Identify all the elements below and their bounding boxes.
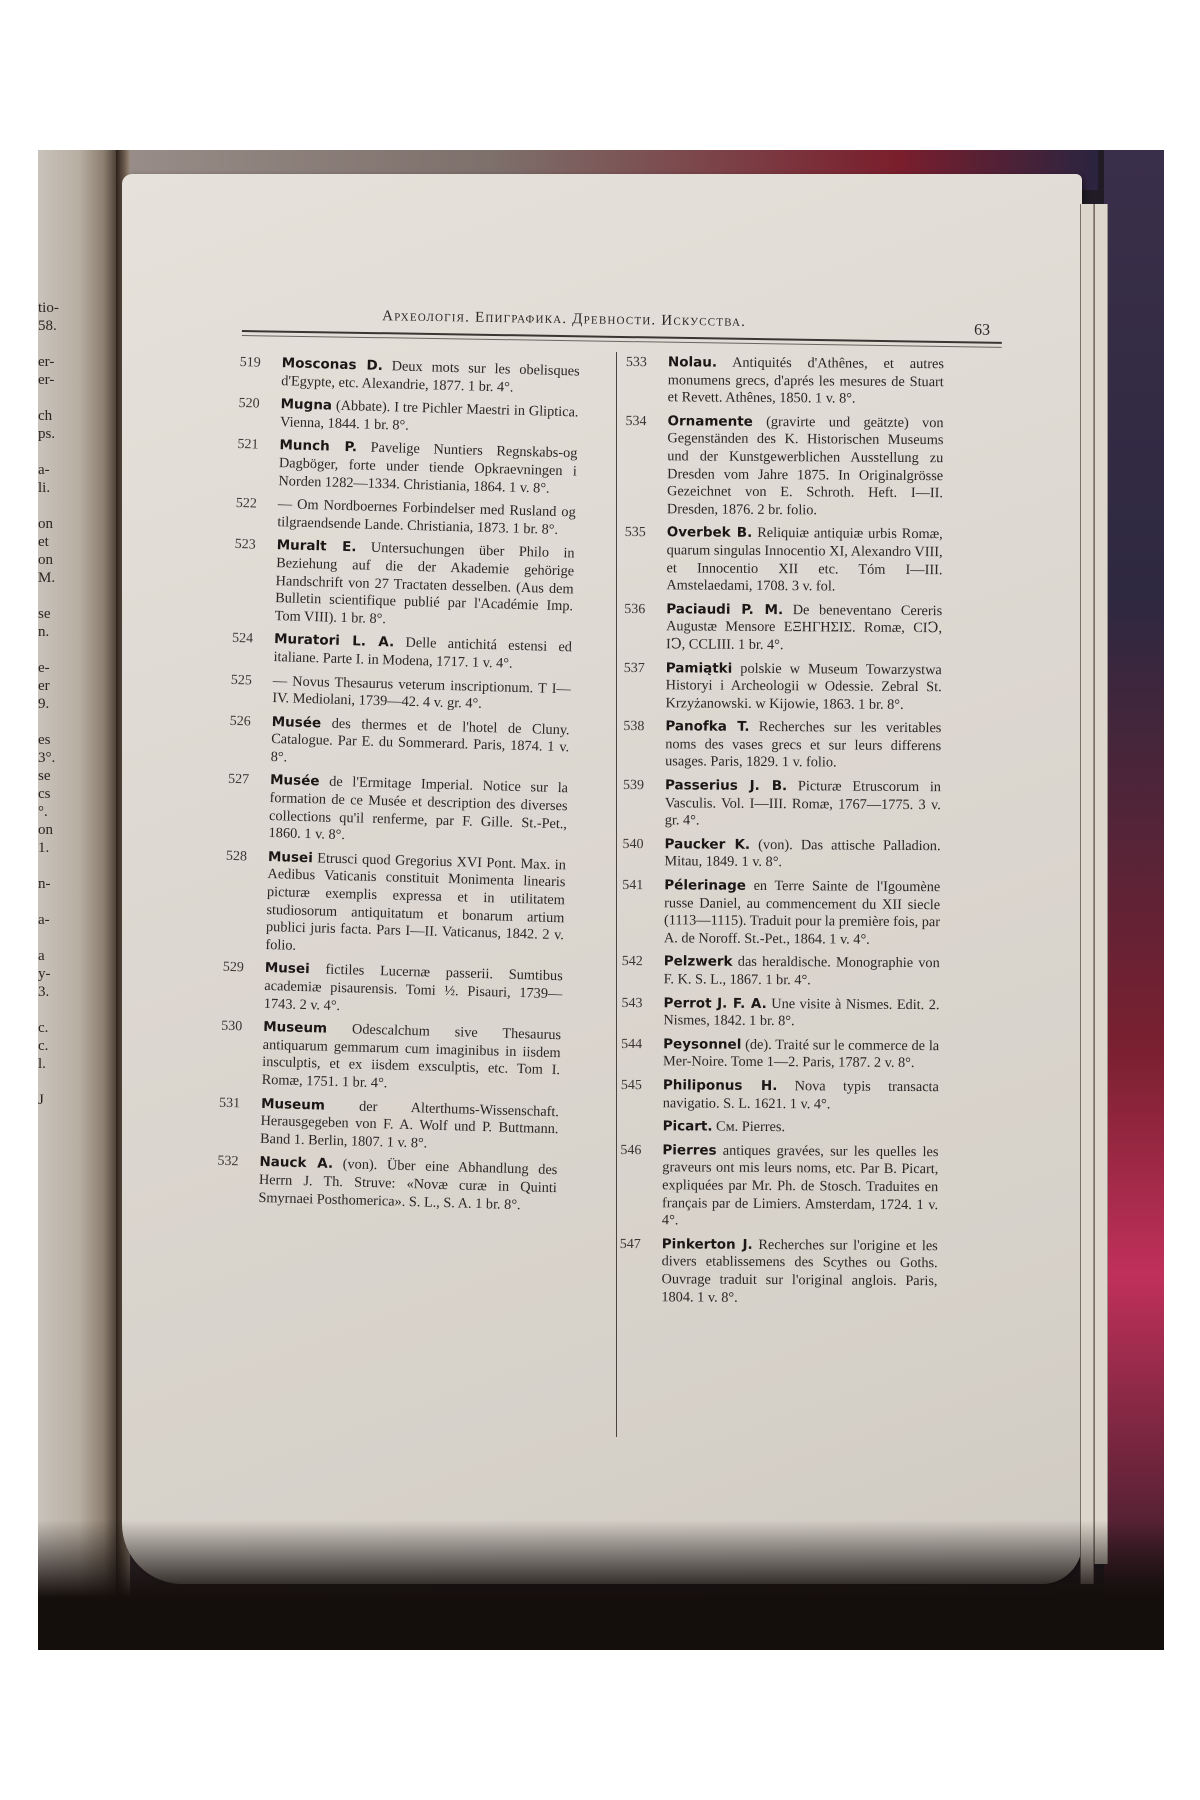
entry-number: 541	[622, 877, 643, 895]
entry-author: Mosconas D.	[282, 355, 384, 374]
entry-body: Ornamente (gravirte und geätzte) von Geg…	[667, 413, 944, 520]
entry-author: Peysonnel	[663, 1036, 741, 1053]
catalog-entry: 522— Om Nordboernes Forbindelser med Rus…	[235, 495, 576, 540]
catalog-entry: 528Musei Etrusci quod Gregorius XVI Pont…	[223, 848, 566, 963]
catalog-entry: 539Passerius J. B. Picturæ Etruscorum in…	[623, 777, 941, 832]
left-page-text-fragment: a	[38, 948, 45, 965]
left-page-text-fragment: c.	[38, 1038, 48, 1055]
left-page-edge: tio-58.er-er-chps.a-li.onetonM.sen.e-er9…	[38, 150, 120, 1650]
entry-body: — Novus Thesaurus veterum inscriptionum.…	[272, 673, 571, 716]
entry-number: 537	[624, 659, 645, 677]
entry-author: Nauck A.	[259, 1154, 333, 1172]
entry-body: Pinkerton J. Recherches sur l'origine et…	[661, 1236, 937, 1308]
entry-number: 538	[623, 718, 644, 736]
entry-number: 545	[621, 1077, 642, 1095]
catalog-entry: 547Pinkerton J. Recherches sur l'origine…	[619, 1236, 937, 1309]
catalog-entry: 529Musei fictiles Lucernæ passerii. Sumt…	[222, 959, 563, 1021]
entry-author: Panofka T.	[665, 719, 749, 736]
entry-body: Musei fictiles Lucernæ passerii. Sumtibu…	[264, 960, 563, 1021]
table-shadow	[38, 1520, 1164, 1650]
left-page-text-fragment: n.	[38, 624, 49, 641]
entry-number: 535	[625, 524, 646, 542]
catalog-entry: 532Nauck A. (von). Über eine Abhandlung …	[216, 1153, 557, 1215]
left-page-text-fragment: on	[38, 516, 53, 533]
entry-body: Muratori L. A. Delle antichitá estensi e…	[273, 631, 572, 674]
left-page-text-fragment: ch	[38, 408, 52, 425]
catalog-entry: 530Museum Odescalchum sive Thesaurus ant…	[219, 1018, 561, 1098]
entry-author: Pelzwerk	[664, 954, 733, 970]
left-page-text-fragment: 58.	[38, 318, 57, 335]
entry-author: Muratori L. A.	[274, 631, 395, 650]
entry-body: — Om Nordboernes Forbindelser med Ruslan…	[277, 496, 576, 539]
catalog-entry: 524Muratori L. A. Delle antichitá estens…	[231, 630, 572, 675]
entry-number: 522	[236, 495, 257, 513]
entry-body: Picart. См. Pierres.	[663, 1118, 939, 1138]
entry-author: Perrot J. F. A.	[663, 995, 766, 1012]
left-page-text-fragment: a-	[38, 462, 50, 479]
entry-number: 525	[231, 671, 252, 689]
right-page: Археологія. Епиграфика. Древности. Искус…	[122, 174, 1082, 1584]
running-header: Археологія. Епиграфика. Древности. Искус…	[242, 306, 1003, 358]
book-photo: tio-58.er-er-chps.a-li.onetonM.sen.e-er9…	[38, 150, 1164, 1650]
left-page-text-fragment: M.	[38, 570, 55, 587]
entry-number: 539	[623, 777, 644, 795]
entry-body: Museum der Alterthums-Wissenschaft. Hera…	[260, 1095, 559, 1156]
entry-number: 519	[240, 354, 261, 372]
left-page-text-fragment: y-	[38, 966, 51, 983]
catalog-entry: 544Peysonnel (de). Traité sur le commerc…	[621, 1036, 939, 1073]
entry-number: 528	[226, 848, 247, 866]
entry-description: — Om Nordboernes Forbindelser med Ruslan…	[277, 496, 576, 537]
left-page-text-fragment: er	[38, 678, 50, 695]
catalog-entry: 525— Novus Thesaurus veterum inscription…	[230, 671, 571, 716]
entry-body: Passerius J. B. Picturæ Etruscorum in Va…	[665, 777, 941, 832]
right-column: 533Nolau. Antiquités d'Athênes, et autre…	[619, 354, 944, 1314]
catalog-entry: 542Pelzwerk das heraldische. Monographie…	[622, 953, 940, 990]
left-page-text-fragment: es	[38, 732, 51, 749]
entry-author: Philiponus H.	[663, 1077, 778, 1094]
entry-author: Picart.	[663, 1118, 713, 1134]
catalog-entry: 535Overbek B. Reliquiæ antiquiæ urbis Ro…	[624, 524, 942, 597]
left-page-text-fragment: li.	[38, 480, 50, 497]
entry-author: Overbek B.	[667, 525, 753, 542]
header-rule	[242, 330, 1002, 348]
left-page-text-fragment: on	[38, 822, 53, 839]
catalog-entry: 538Panofka T. Recherches sur les veritab…	[623, 718, 941, 773]
catalog-entry: 527Musée de l'Ermitage Imperial. Notice …	[226, 771, 568, 851]
entry-body: Musée des thermes et de l'hotel de Cluny…	[270, 714, 569, 775]
entry-number: 530	[221, 1018, 242, 1036]
left-page-text-fragment: e-	[38, 660, 50, 677]
entry-number: 536	[624, 601, 645, 619]
left-page-text-fragment: tio-	[38, 300, 59, 317]
entry-author: Pélerinage	[664, 877, 746, 894]
header-title: Археологія. Епиграфика. Древности. Искус…	[382, 308, 746, 331]
entry-author: Musée	[270, 772, 320, 789]
left-page-text-fragment: 3.	[38, 984, 49, 1001]
left-page-text-fragment: on	[38, 552, 53, 569]
entry-author: Musée	[272, 714, 322, 731]
catalog-entry: 540Paucker K. (von). Das attische Pallad…	[622, 836, 940, 873]
catalog-entry: 519Mosconas D. Deux mots sur les obelisq…	[239, 354, 580, 399]
left-page-text-fragment: a-	[38, 912, 50, 929]
entry-number: 532	[217, 1153, 238, 1171]
left-page-text-fragment: er-	[38, 354, 54, 371]
entry-number: 520	[238, 395, 259, 413]
entry-author: Ornamente	[667, 413, 752, 430]
catalog-entry: 520Mugna (Abbate). I tre Pichler Maestri…	[238, 395, 579, 440]
entry-body: Paciaudi P. M. De beneventano Cereris Au…	[666, 601, 942, 656]
entry-author: Musei	[268, 849, 313, 866]
page-number: 63	[974, 321, 990, 339]
catalog-entry: 534Ornamente (gravirte und geätzte) von …	[625, 413, 944, 521]
entry-number: 527	[228, 771, 249, 789]
left-page-text-fragment: cs	[38, 786, 51, 803]
entry-author: Muralt E.	[276, 537, 356, 555]
entry-body: Perrot J. F. A. Une visite à Nismes. Edi…	[663, 995, 939, 1032]
entry-number: 540	[623, 836, 644, 854]
left-page-text-fragment: n-	[38, 876, 51, 893]
entry-number: 547	[620, 1236, 641, 1254]
entry-author: Paciaudi P. M.	[666, 601, 783, 618]
entry-body: Pelzwerk das heraldische. Monographie vo…	[664, 954, 940, 991]
entry-body: Muralt E. Untersuchungen über Philo in B…	[274, 537, 574, 633]
entry-author: Museum	[263, 1019, 327, 1037]
entry-number: 531	[219, 1094, 240, 1112]
entry-number: 526	[229, 713, 250, 731]
entry-body: Pélerinage en Terre Sainte de l'Igoumène…	[664, 877, 940, 949]
entry-body: Pamiątki polskie w Museum Towarzystwa Hi…	[665, 660, 941, 715]
catalog-entry: 536Paciaudi P. M. De beneventano Cereris…	[624, 601, 942, 656]
left-page-text-fragment: 9.	[38, 696, 49, 713]
left-page-text-fragment: se	[38, 606, 51, 623]
background-cloth-right	[1104, 150, 1164, 1650]
left-page-text-fragment: 1.	[38, 840, 49, 857]
left-page-text-fragment: se	[38, 768, 51, 785]
entry-author: Munch P.	[279, 438, 357, 456]
catalog-entry: 533Nolau. Antiquités d'Athênes, et autre…	[626, 354, 944, 409]
entry-body: Philiponus H. Nova typis transacta navig…	[663, 1077, 939, 1114]
entry-body: Overbek B. Reliquiæ antiquiæ urbis Romæ,…	[666, 525, 942, 597]
left-page-text-fragment: et	[38, 534, 49, 551]
entry-number: 534	[625, 413, 646, 431]
entry-author: Musei	[265, 960, 310, 977]
entry-author: Pierres	[662, 1142, 716, 1158]
entry-body: Mosconas D. Deux mots sur les obelisques…	[281, 355, 580, 398]
entry-author: Pinkerton J.	[662, 1236, 753, 1253]
catalog-entry: 545Philiponus H. Nova typis transacta na…	[621, 1077, 939, 1114]
entry-author: Mugna	[280, 396, 332, 413]
entry-body: Mugna (Abbate). I tre Pichler Maestri in…	[280, 396, 579, 439]
left-page-text-fragment: 3°.	[38, 750, 55, 767]
entry-number: 521	[237, 436, 258, 454]
entry-body: Musée de l'Ermitage Imperial. Notice sur…	[268, 772, 568, 851]
entry-number: 544	[621, 1036, 642, 1054]
entry-body: Nauck A. (von). Über eine Abhandlung des…	[258, 1154, 557, 1215]
left-page-text-fragment: °.	[38, 804, 48, 821]
entry-body: Peysonnel (de). Traité sur le commerce d…	[663, 1036, 939, 1073]
entry-number: 546	[620, 1142, 641, 1160]
catalog-entry: Picart. См. Pierres.	[621, 1118, 939, 1138]
catalog-entry: 523Muralt E. Untersuchungen über Philo i…	[232, 536, 574, 633]
entry-body: Museum Odescalchum sive Thesaurus antiqu…	[261, 1019, 561, 1098]
entry-number: 523	[234, 536, 255, 554]
catalog-entry: 526Musée des thermes et de l'hotel de Cl…	[229, 713, 570, 775]
entry-author: Museum	[261, 1095, 325, 1113]
page-edge	[1080, 204, 1094, 1584]
entry-author: Nolau.	[668, 354, 717, 370]
left-page-text-fragment: er-	[38, 372, 54, 389]
catalog-entry: 543Perrot J. F. A. Une visite à Nismes. …	[621, 995, 939, 1032]
entry-body: Pierres antiques gravées, sur les quelle…	[662, 1142, 939, 1232]
catalog-entry: 531Museum der Alterthums-Wissenschaft. H…	[218, 1094, 559, 1156]
entry-description: — Novus Thesaurus veterum inscriptionum.…	[272, 673, 571, 712]
left-page-text-fragment: c.	[38, 1020, 48, 1037]
entry-number: 529	[223, 959, 244, 977]
catalog-entry: 541Pélerinage en Terre Sainte de l'Igoum…	[622, 877, 940, 950]
entry-body: Panofka T. Recherches sur les veritables…	[665, 719, 941, 774]
entry-number: 543	[621, 995, 642, 1013]
entry-author: Passerius J. B.	[665, 777, 787, 794]
left-page-text-fragment: l.	[38, 1056, 46, 1073]
entry-number: 524	[232, 630, 253, 648]
entry-body: Paucker K. (von). Das attische Palladion…	[664, 836, 940, 873]
entry-author: Pamiątki	[666, 660, 733, 676]
entry-number: 542	[622, 953, 643, 971]
page-edge	[1094, 204, 1108, 1564]
entry-body: Musei Etrusci quod Gregorius XVI Pont. M…	[265, 849, 566, 963]
entry-body: Munch P. Pavelige Nuntiers Regnskabs-og …	[278, 438, 577, 499]
entry-number: 533	[626, 354, 647, 372]
catalog-entry: 546Pierres antiques gravées, sur les que…	[620, 1142, 939, 1232]
left-page-text-fragment: J	[38, 1092, 44, 1109]
column-divider	[616, 352, 617, 1437]
entry-author: Paucker K.	[665, 836, 751, 853]
catalog-entry: 537Pamiątki polskie w Museum Towarzystwa…	[623, 659, 941, 714]
left-column: 519Mosconas D. Deux mots sur les obelisq…	[216, 354, 580, 1221]
catalog-entry: 521Munch P. Pavelige Nuntiers Regnskabs-…	[236, 436, 577, 498]
entry-body: Nolau. Antiquités d'Athênes, et autres m…	[668, 354, 944, 409]
left-page-text-fragment: ps.	[38, 426, 55, 443]
entry-description: См. Pierres.	[712, 1119, 785, 1136]
